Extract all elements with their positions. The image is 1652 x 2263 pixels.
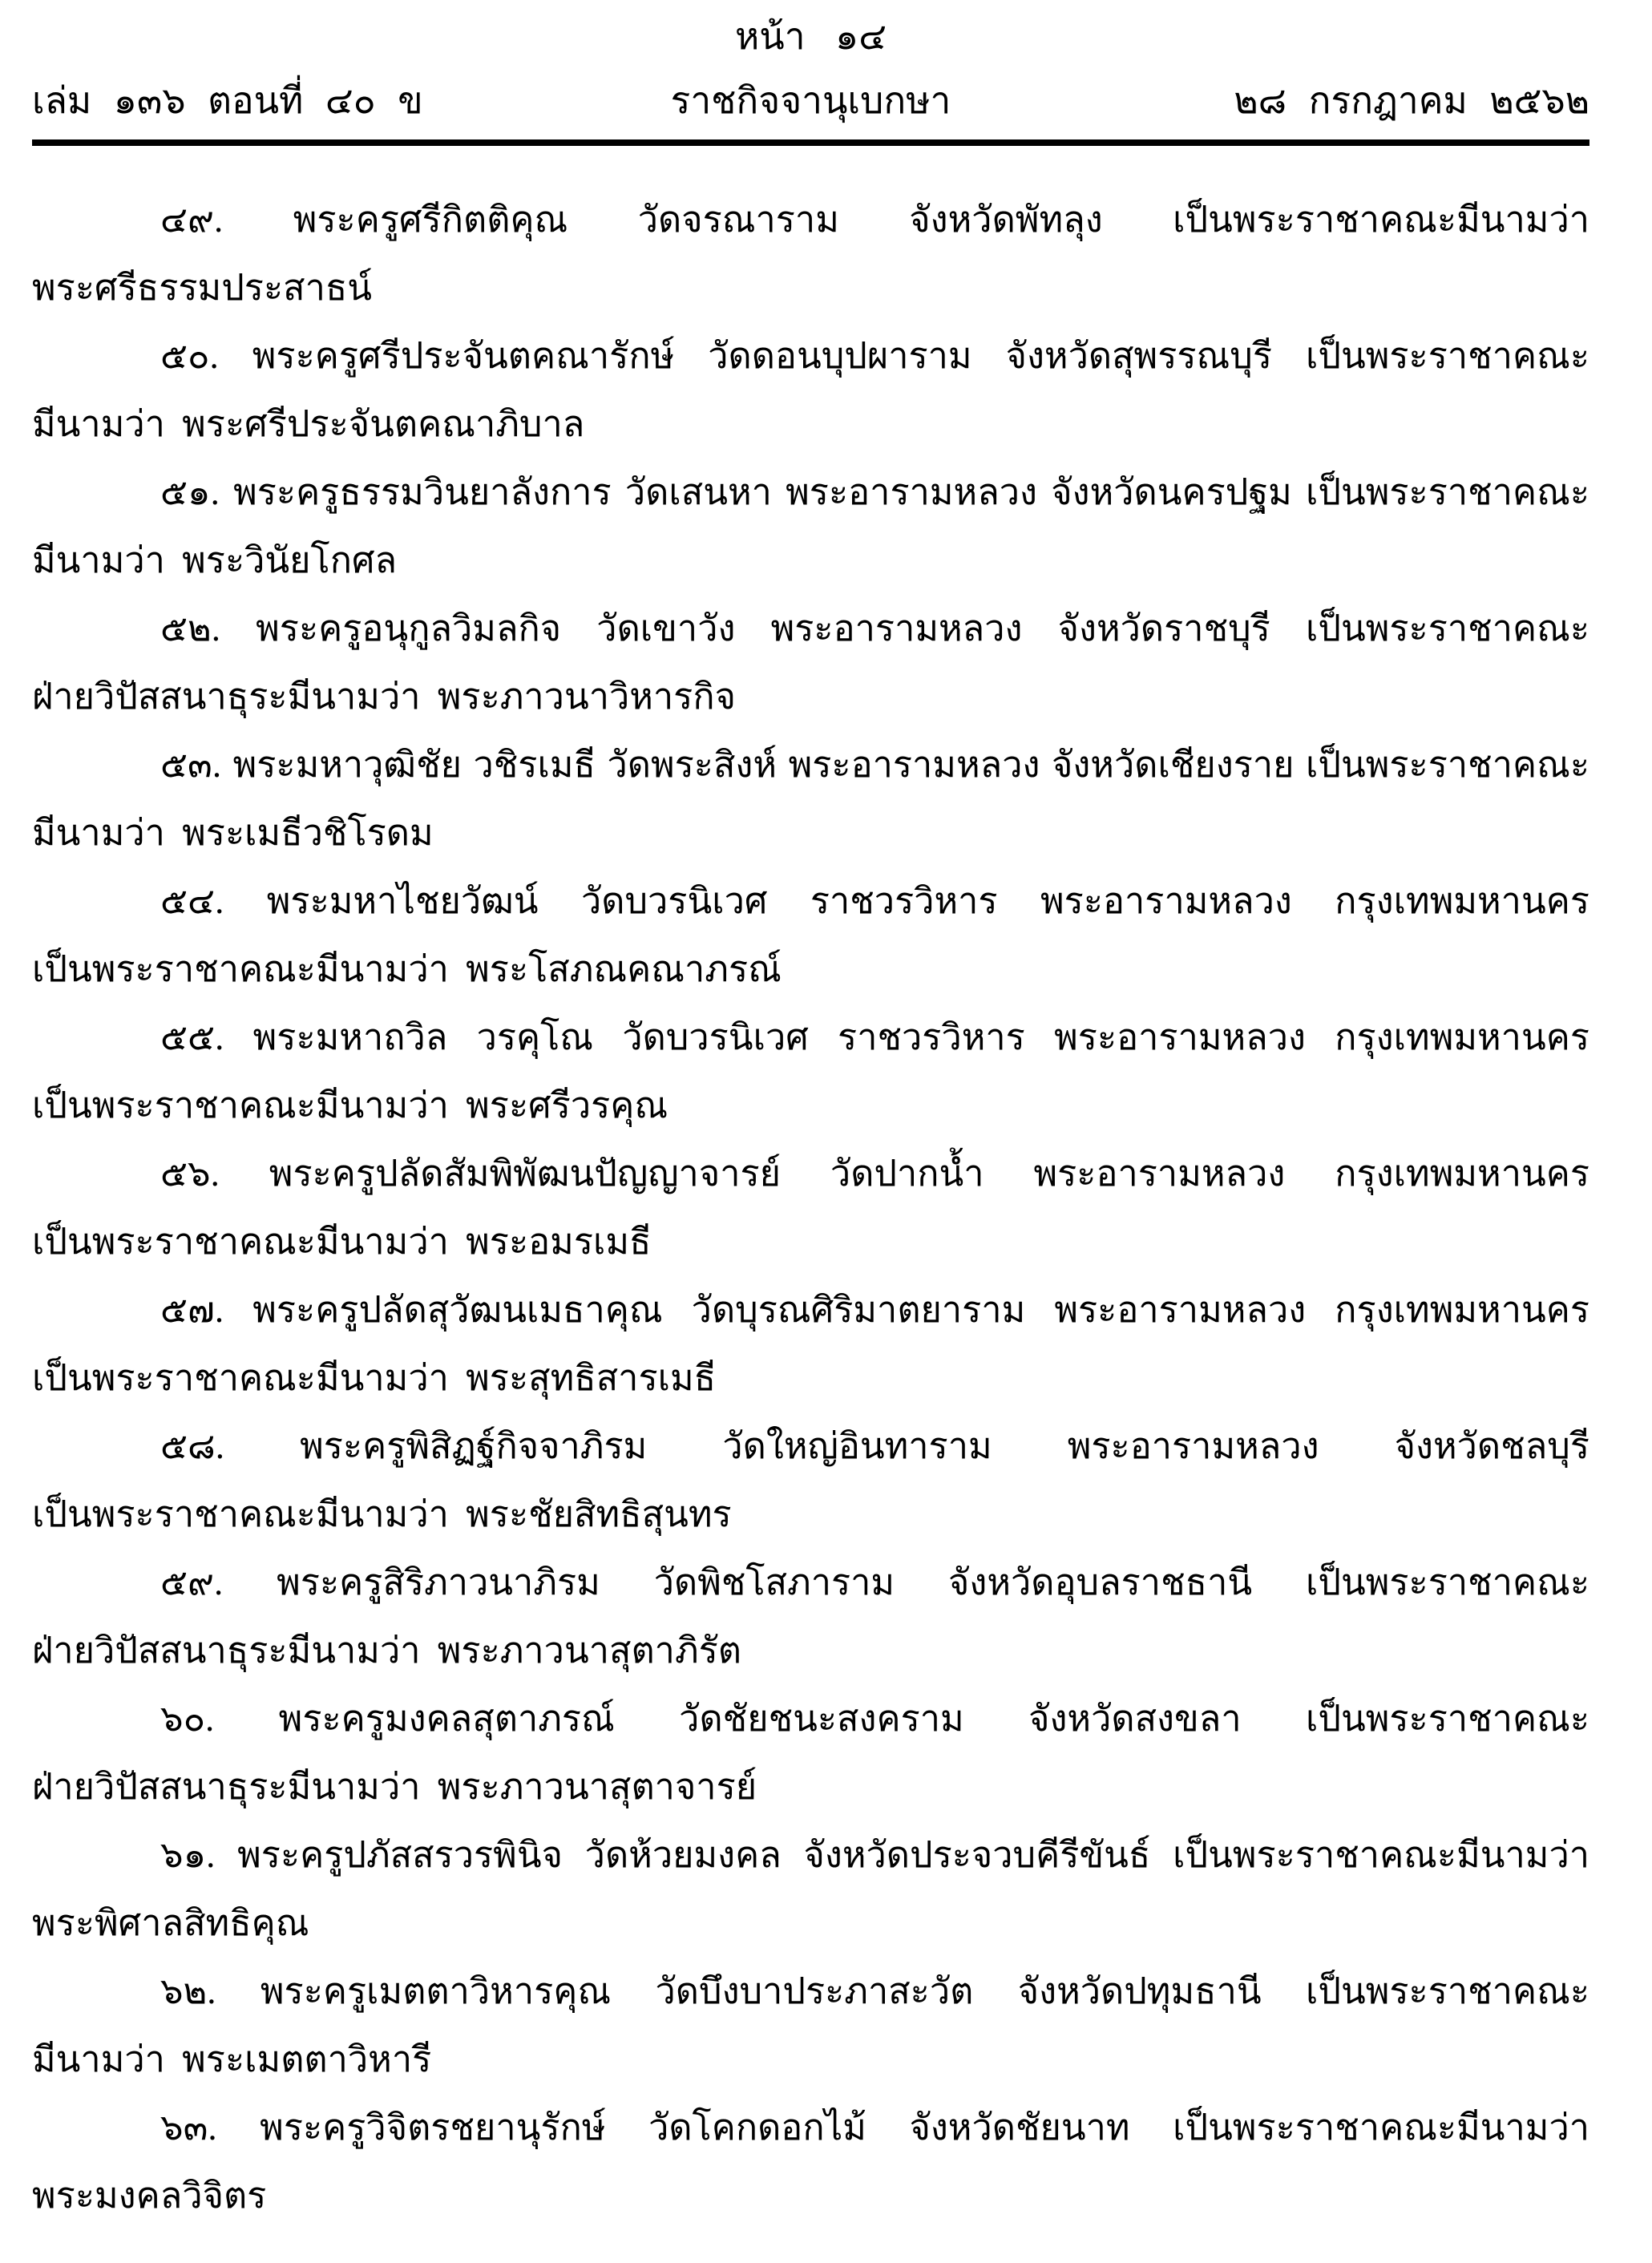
entry-line-2: ฝ่ายวิปัสสนาธุระมีนามว่า พระภาวนาสุตาจาร… bbox=[32, 1753, 1589, 1821]
entry-50: ๕๐. พระครูศรีประจันตคณารักษ์ วัดดอนบุปผา… bbox=[32, 322, 1589, 459]
entry-line-2: เป็นพระราชาคณะมีนามว่า พระศรีวรคุณ bbox=[32, 1072, 1589, 1140]
entry-54: ๕๔. พระมหาไชยวัฒน์ วัดบวรนิเวศ ราชวรวิหา… bbox=[32, 867, 1589, 1004]
entry-line-1: ๖๓. พระครูวิจิตรชยานุรักษ์ วัดโคกดอกไม้ … bbox=[32, 2094, 1589, 2162]
entry-line-1: ๕๙. พระครูสิริภาวนาภิรม วัดพิชโสภาราม จั… bbox=[32, 1549, 1589, 1617]
entry-52: ๕๒. พระครูอนุกูลวิมลกิจ วัดเขาวัง พระอาร… bbox=[32, 595, 1589, 731]
entry-55: ๕๕. พระมหาถวิล วรคุโณ วัดบวรนิเวศ ราชวรว… bbox=[32, 1004, 1589, 1140]
gazette-page: หน้า ๑๔ เล่ม ๑๓๖ ตอนที่ ๔๐ ข ราชกิจจานุเ… bbox=[0, 0, 1652, 2263]
entry-line-2: พระศรีธรรมประสาธน์ bbox=[32, 254, 1589, 322]
page-number: หน้า ๑๔ bbox=[32, 11, 1589, 63]
entry-line-1: ๕๘. พระครูพิสิฏฐ์กิจจาภิรม วัดใหญ่อินทาร… bbox=[32, 1412, 1589, 1481]
entries-list: ๔๙. พระครูศรีกิตติคุณ วัดจรณาราม จังหวัด… bbox=[32, 186, 1589, 2230]
entry-line-2: ฝ่ายวิปัสสนาธุระมีนามว่า พระภาวนาวิหารกิ… bbox=[32, 663, 1589, 731]
entry-53: ๕๓. พระมหาวุฒิชัย วชิรเมธี วัดพระสิงห์ พ… bbox=[32, 731, 1589, 867]
entry-line-2: มีนามว่า พระเมตตาวิหารี bbox=[32, 2026, 1589, 2094]
entry-60: ๖๐. พระครูมงคลสุตาภรณ์ วัดชัยชนะสงคราม จ… bbox=[32, 1685, 1589, 1821]
entry-line-2: มีนามว่า พระเมธีวชิโรดม bbox=[32, 799, 1589, 867]
volume-part-label: เล่ม ๑๓๖ ตอนที่ ๔๐ ข bbox=[32, 77, 551, 125]
entry-line-2: เป็นพระราชาคณะมีนามว่า พระโสภณคณาภรณ์ bbox=[32, 936, 1589, 1004]
entry-59: ๕๙. พระครูสิริภาวนาภิรม วัดพิชโสภาราม จั… bbox=[32, 1549, 1589, 1685]
entry-line-2: พระมงคลวิจิตร bbox=[32, 2162, 1589, 2230]
entry-line-2: มีนามว่า พระศรีประจันตคณาภิบาล bbox=[32, 390, 1589, 459]
entry-58: ๕๘. พระครูพิสิฏฐ์กิจจาภิรม วัดใหญ่อินทาร… bbox=[32, 1412, 1589, 1549]
entry-line-1: ๕๐. พระครูศรีประจันตคณารักษ์ วัดดอนบุปผา… bbox=[32, 322, 1589, 390]
masthead: เล่ม ๑๓๖ ตอนที่ ๔๐ ข ราชกิจจานุเบกษา ๒๘ … bbox=[32, 77, 1589, 125]
entry-62: ๖๒. พระครูเมตตาวิหารคุณ วัดบึงบาประภาสะว… bbox=[32, 1958, 1589, 2094]
entry-line-1: ๕๔. พระมหาไชยวัฒน์ วัดบวรนิเวศ ราชวรวิหา… bbox=[32, 867, 1589, 936]
entry-line-1: ๖๒. พระครูเมตตาวิหารคุณ วัดบึงบาประภาสะว… bbox=[32, 1958, 1589, 2026]
entry-line-2: ฝ่ายวิปัสสนาธุระมีนามว่า พระภาวนาสุตาภิร… bbox=[32, 1617, 1589, 1685]
entry-line-2: เป็นพระราชาคณะมีนามว่า พระอมรเมธี bbox=[32, 1208, 1589, 1276]
header-divider bbox=[32, 139, 1589, 146]
gazette-date: ๒๘ กรกฎาคม ๒๕๖๒ bbox=[1070, 77, 1589, 125]
entry-57: ๕๗. พระครูปลัดสุวัฒนเมธาคุณ วัดบุรณศิริม… bbox=[32, 1276, 1589, 1412]
gazette-title: ราชกิจจานุเบกษา bbox=[551, 77, 1071, 125]
entry-line-2: พระพิศาลสิทธิคุณ bbox=[32, 1889, 1589, 1958]
entry-line-1: ๕๗. พระครูปลัดสุวัฒนเมธาคุณ วัดบุรณศิริม… bbox=[32, 1276, 1589, 1344]
entry-line-1: ๕๑. พระครูธรรมวินยาลังการ วัดเสนหา พระอา… bbox=[32, 459, 1589, 527]
entry-line-1: ๔๙. พระครูศรีกิตติคุณ วัดจรณาราม จังหวัด… bbox=[32, 186, 1589, 254]
entry-49: ๔๙. พระครูศรีกิตติคุณ วัดจรณาราม จังหวัด… bbox=[32, 186, 1589, 322]
entry-line-1: ๕๕. พระมหาถวิล วรคุโณ วัดบวรนิเวศ ราชวรว… bbox=[32, 1004, 1589, 1072]
entry-line-1: ๕๒. พระครูอนุกูลวิมลกิจ วัดเขาวัง พระอาร… bbox=[32, 595, 1589, 663]
entry-line-1: ๖๑. พระครูปภัสสรวรพินิจ วัดห้วยมงคล จังห… bbox=[32, 1821, 1589, 1889]
entry-line-1: ๕๖. พระครูปลัดสัมพิพัฒนปัญญาจารย์ วัดปาก… bbox=[32, 1140, 1589, 1208]
entry-line-2: เป็นพระราชาคณะมีนามว่า พระสุทธิสารเมธี bbox=[32, 1344, 1589, 1412]
entry-line-1: ๖๐. พระครูมงคลสุตาภรณ์ วัดชัยชนะสงคราม จ… bbox=[32, 1685, 1589, 1753]
entry-line-2: เป็นพระราชาคณะมีนามว่า พระชัยสิทธิสุนทร bbox=[32, 1481, 1589, 1549]
entry-56: ๕๖. พระครูปลัดสัมพิพัฒนปัญญาจารย์ วัดปาก… bbox=[32, 1140, 1589, 1276]
entry-line-2: มีนามว่า พระวินัยโกศล bbox=[32, 527, 1589, 595]
entry-51: ๕๑. พระครูธรรมวินยาลังการ วัดเสนหา พระอา… bbox=[32, 459, 1589, 595]
entry-61: ๖๑. พระครูปภัสสรวรพินิจ วัดห้วยมงคล จังห… bbox=[32, 1821, 1589, 1958]
entry-line-1: ๕๓. พระมหาวุฒิชัย วชิรเมธี วัดพระสิงห์ พ… bbox=[32, 731, 1589, 799]
entry-63: ๖๓. พระครูวิจิตรชยานุรักษ์ วัดโคกดอกไม้ … bbox=[32, 2094, 1589, 2230]
